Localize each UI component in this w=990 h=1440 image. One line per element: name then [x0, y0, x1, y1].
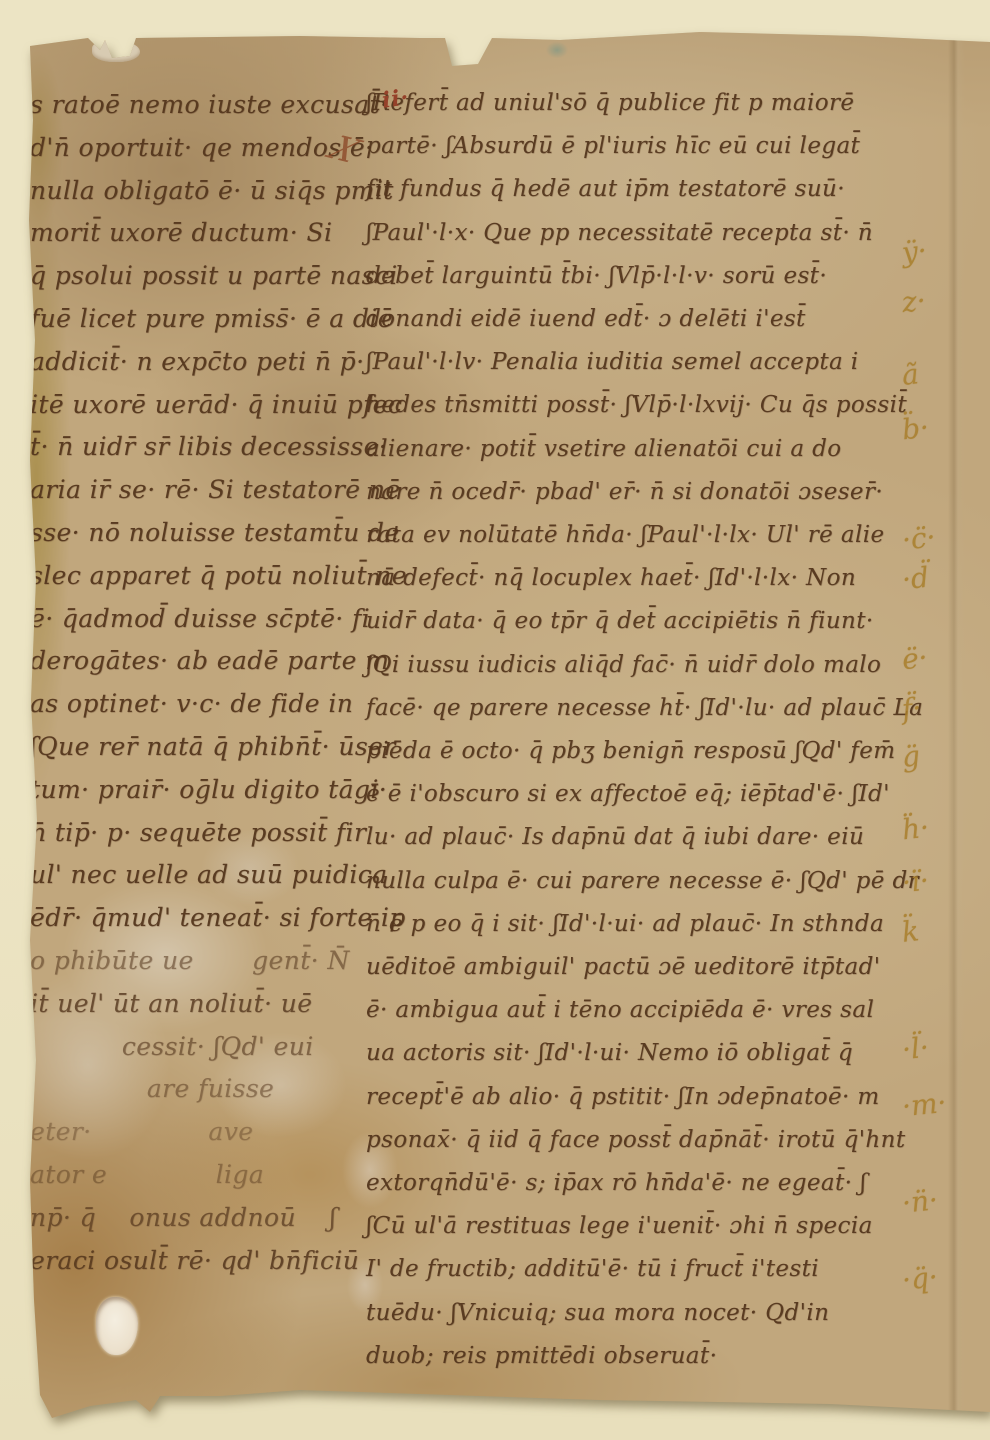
manuscript-text-line: ua actoris sit· ʃId'·l·ui· Nemo iō oblig…	[366, 1040, 853, 1066]
margin-letter: ·q̈·	[900, 1260, 939, 1297]
manuscript-text-line: ʃPaul'·l·lv· Penalia iuditia semel accep…	[366, 349, 859, 375]
manuscript-text-line: tuēdu· ʃVnicuiq; sua mora nocet· Qd'in	[366, 1300, 829, 1326]
margin-letter: ·n̈·	[900, 1183, 939, 1220]
manuscript-text-line: eter· ave	[30, 1117, 253, 1146]
manuscript-text-line: ē ē i'obscuro si ex affectoē eq̄; iēp̄ta…	[366, 781, 890, 807]
margin-letter: ·m·	[900, 1086, 948, 1123]
manuscript-text-line: ʃCū ul'ā restituas lege i'uenit̄· ɔhi n̄…	[366, 1213, 873, 1239]
manuscript-text-line: morit̄ uxorē ductum· Si	[30, 218, 332, 247]
manuscript-text-line: extorqn̄dū'ē· s; ip̄ax rō hn̄da'ē· ne eg…	[366, 1170, 867, 1196]
corner-chip-stain	[92, 40, 140, 62]
margin-letter: ÿ·	[900, 234, 928, 269]
margin-letter: z·	[900, 284, 927, 319]
manuscript-text-line: are fuisse	[30, 1074, 274, 1103]
manuscript-text-line: t̄· n̄ uidr̄ sr̄ libis decessisse·	[30, 432, 387, 461]
margin-letter: ·ï·	[900, 864, 930, 900]
manuscript-text-line: ʃQue rer̄ natā q̄ phibn̄t̄· ūser	[30, 732, 396, 761]
manuscript-text-line: nā defect̄· nq̄ locuplex haet̄· ʃId'·l·l…	[366, 565, 856, 591]
manuscript-text-line: ʃPaul'·l·x· Que pp necessitatē recepta s…	[366, 220, 873, 246]
rubric-numeral-mark: ii·	[380, 84, 411, 114]
manuscript-text-line: d'n̄ oportuit· qe mendos ē·	[30, 133, 373, 162]
margin-letter: k̈	[900, 914, 920, 949]
manuscript-text-line: slec apparet q̄ potū noliut̄ ne	[30, 561, 407, 590]
manuscript-text-line: piēda ē octo· q̄ pbʒ benign̄ resposū ʃQd…	[366, 738, 895, 764]
manuscript-text-line: psonax̄· q̄ iid q̄ face posst̄ dap̄nāt̄·…	[366, 1127, 906, 1153]
manuscript-text-line: donandi eidē iuend edt̄· ɔ delēti i'est̄	[366, 306, 806, 332]
manuscript-text-line: o phibūte ue gent̄· N̄	[30, 946, 350, 975]
manuscript-text-line: n̄ tip̄· p· sequēte possit̄ fir	[30, 818, 366, 847]
manuscript-photo: s ratoē nemo iuste excusat̄·d'n̄ oportui…	[0, 0, 990, 1440]
manuscript-text-line: ʃQi iussu iudicis aliq̄d fac̄· n̄ uidr̄ …	[366, 652, 881, 678]
manuscript-text-line: nulla obligatō ē· ū siq̄s pmit	[30, 176, 394, 205]
manuscript-text-line: recept̄'ē ab alio· q̄ pstitit· ʃIn ɔdep̄…	[366, 1084, 880, 1110]
manuscript-text-line: as optinet· v·c· de fide in	[30, 689, 353, 718]
manuscript-text-line: n̄ ē p eo q̄ i sit· ʃId'·l·ui· ad plauc̄…	[366, 911, 884, 937]
manuscript-text-line: ēdr̄· q̄mud' teneat̄· si forte ip	[30, 903, 406, 932]
manuscript-text-line: aria ir̄ se· rē· Si testatorē nē	[30, 475, 401, 504]
manuscript-text-line: addicit̄· n expc̄to peti n̄ p̄·	[30, 347, 364, 376]
manuscript-text-line: cessit· ʃQd' eui	[30, 1032, 314, 1061]
manuscript-text-line: partē· ʃAbsurdū ē pl'iuris hīc eū cui le…	[366, 133, 860, 159]
manuscript-text-line: facē· qe parere necesse ht̄· ʃId'·lu· ad…	[366, 695, 923, 721]
margin-letter: ë·	[900, 641, 929, 676]
manuscript-text-line: np̄· q̄ onus addnoū ʃ	[30, 1203, 337, 1232]
manuscript-text-line: rata ev nolūtatē hn̄da· ʃPaul'·l·lx· Ul'…	[366, 522, 884, 548]
manuscript-text-line: ator e liga	[30, 1160, 264, 1189]
manuscript-text-line: fuē licet pure pmiss̄· ē a diē	[30, 304, 393, 333]
manuscript-text-line: nulla culpa ē· cui parere necesse ē· ʃQd…	[366, 868, 919, 894]
manuscript-text-line: nare n̄ ocedr̄· pbad' er̄· n̄ si donatōi…	[366, 479, 883, 505]
manuscript-text-line: eraci osult̄ rē· qd' bn̄ficiū	[30, 1246, 359, 1275]
manuscript-text-line: fit fundus q̄ hedē aut ip̄m testatorē su…	[366, 176, 845, 202]
manuscript-text-line: duob; reis pmittēdi obseruat̄·	[366, 1343, 717, 1369]
manuscript-text-line: ē· ambigua aut̄ i tēno accipiēda ē· vres…	[366, 997, 874, 1023]
manuscript-text-line: I' de fructib; additū'ē· tū i fruct̄ i't…	[366, 1256, 819, 1282]
manuscript-text-line: itē uxorē uerād· q̄ inuiū pfec	[30, 390, 402, 419]
manuscript-text-line: debet̄ larguintū t̄bi· ʃVlp̄·l·l·v· sorū…	[366, 263, 827, 289]
margin-letter: ·c̈·	[900, 520, 937, 556]
manuscript-text-line: tum· prair̄· oḡlu digito tāgi·	[30, 775, 387, 804]
margin-letter: f̈·	[900, 691, 923, 726]
margin-letter: ã	[900, 357, 920, 392]
parchment-hole	[96, 1297, 138, 1355]
manuscript-text-line: uēditoē ambiguil' pactū ɔē ueditorē itp̄…	[366, 954, 881, 980]
margin-letter: g̈	[900, 739, 921, 774]
margin-letter: ·l̈·	[900, 1031, 930, 1067]
manuscript-text-line: s ratoē nemo iuste excusat̄·	[30, 90, 388, 119]
manuscript-text-line: q̄ psolui possit u partē nasci	[30, 261, 398, 290]
manuscript-text-line: ē· q̄admod̄ duisse sc̄ptē· fi	[30, 604, 370, 633]
manuscript-text-line: uidr̄ data· q̄ eo tp̄r q̄ det̄ accipiēti…	[366, 608, 874, 634]
parchment-shadow: s ratoē nemo iuste excusat̄·d'n̄ oportui…	[0, 0, 990, 1440]
manuscript-text-line: derogātes· ab eadē parte m	[30, 646, 389, 675]
parchment-leaf: s ratoē nemo iuste excusat̄·d'n̄ oportui…	[0, 0, 990, 1440]
manuscript-text-line: it̄ uel' ūt an noliut̄· uē	[30, 989, 312, 1018]
manuscript-text-line: ʃRefert̄ ad uniul'sō q̄ publice fit p ma…	[366, 90, 854, 116]
manuscript-text-line: hedes tn̄smitti posst̄· ʃVlp̄·l·lxvij· C…	[366, 392, 907, 418]
margin-letter: ·d̈	[900, 561, 930, 597]
manuscript-text-line: lu· ad plauc̄· Is dap̄nū dat q̄ iubi dar…	[366, 824, 864, 850]
margin-letter: b̈·	[900, 411, 930, 447]
manuscript-text-line: sse· nō noluisse testamt̄u de	[30, 518, 400, 547]
margin-letter: ḧ·	[900, 811, 930, 847]
manuscript-text-line: alienare· potit̄ vsetire alienatōi cui a…	[366, 436, 842, 462]
manuscript-text-line: ul' nec uelle ad suū puidica	[30, 860, 387, 889]
